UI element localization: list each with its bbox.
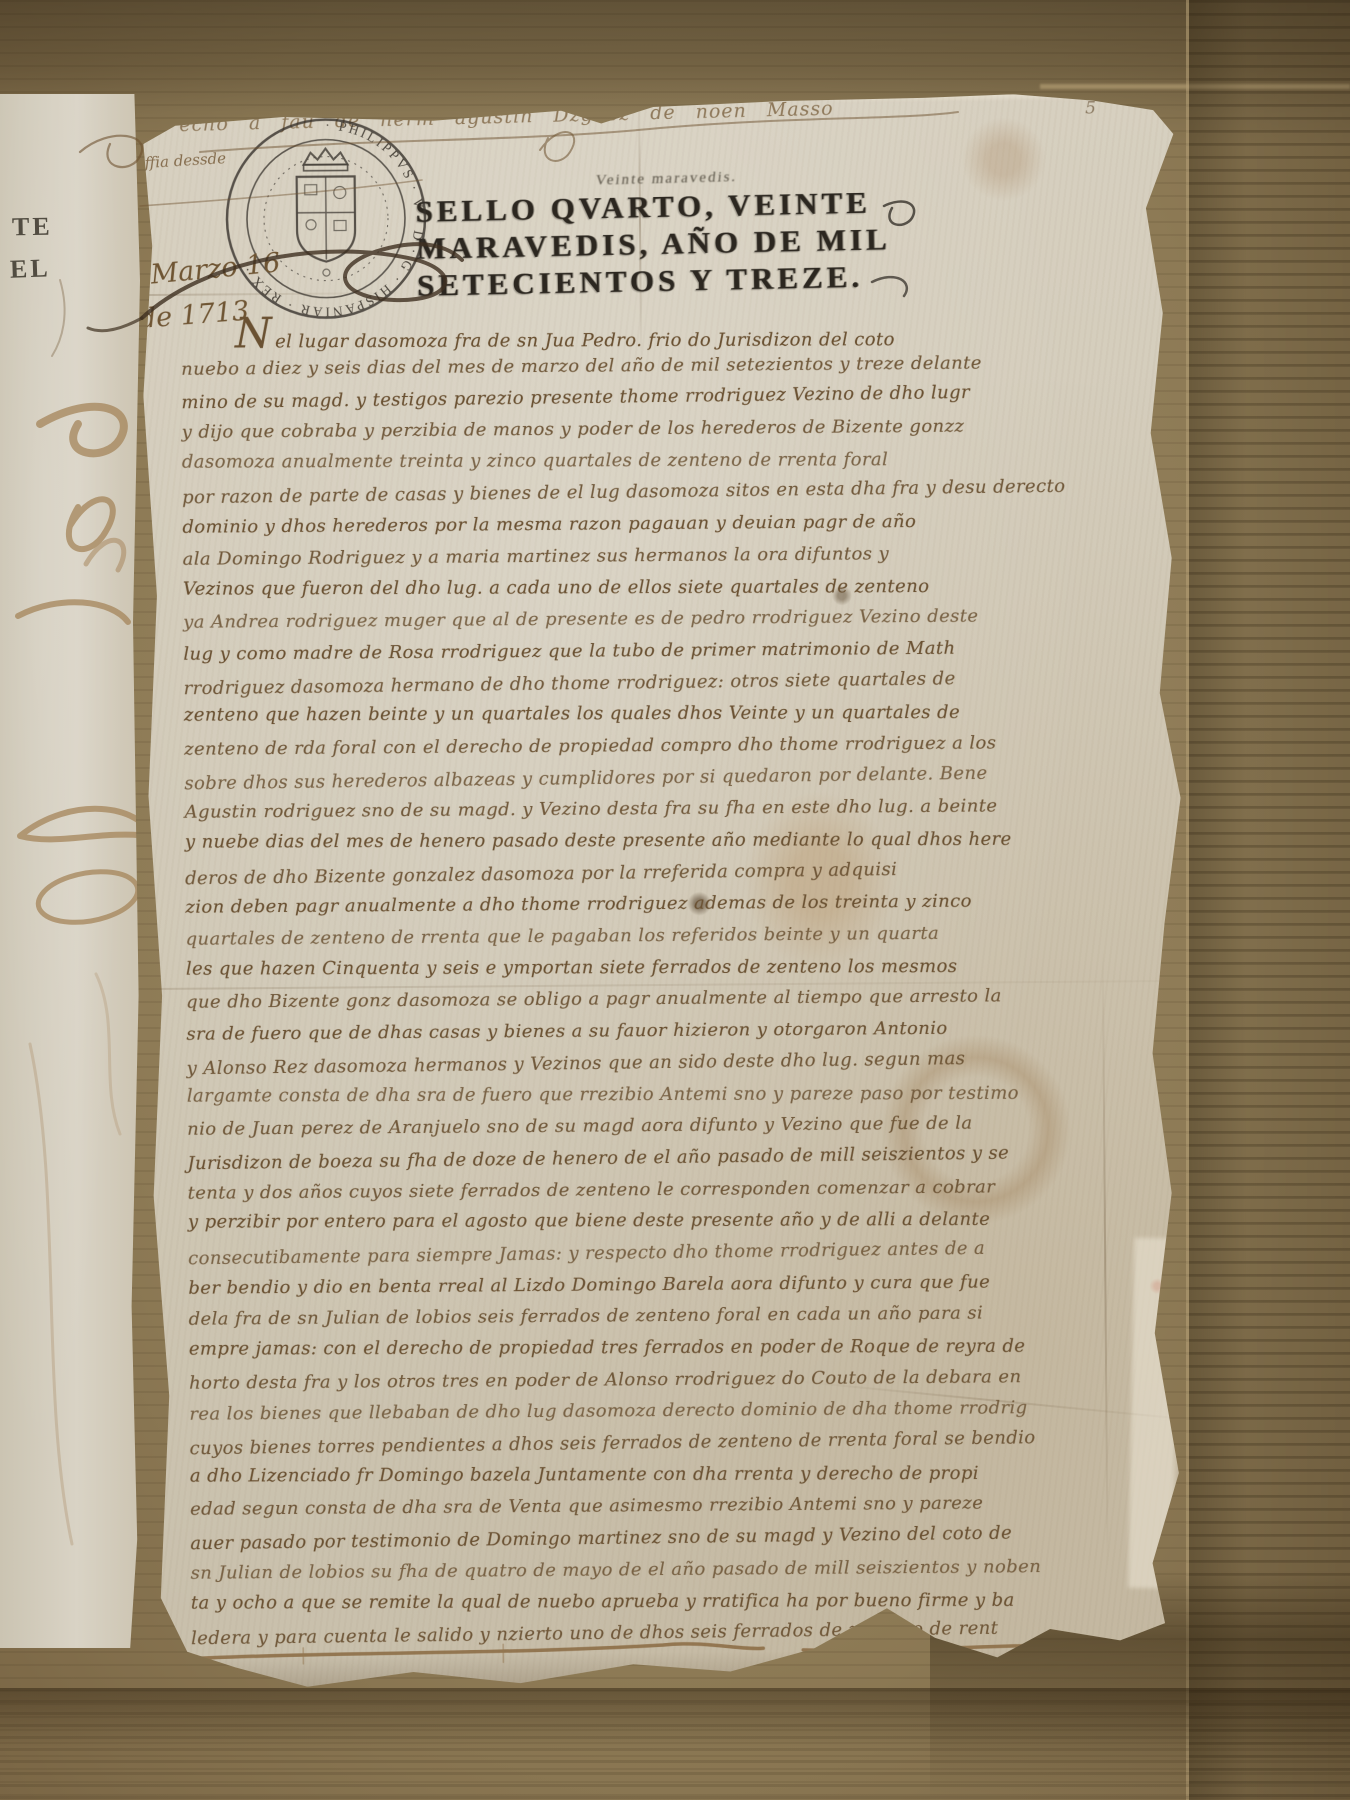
manuscript-page: echo a fau de herm agustin Dzguez de noe… — [133, 88, 1198, 1696]
left-page-ink-flourishes — [0, 94, 140, 1648]
folio-mark: 5 — [1085, 99, 1096, 119]
top-annotation-fragment: offia dessde — [135, 149, 226, 172]
manuscript-body: Nel lugar dasomoza fra de sn Jua Pedro. … — [181, 319, 1151, 1657]
manuscript-line: quartales de zenteno de rrenta que le pa… — [186, 921, 1146, 960]
photo-scene: TE EL echo a fau de herm agustin Dzguez … — [0, 0, 1350, 1800]
manuscript-line: ala Domingo Rodriguez y a maria martinez… — [183, 541, 1143, 580]
cardboard-bottom-strip — [0, 1688, 1350, 1800]
cardboard-right-flap — [1186, 0, 1350, 1800]
royal-seal: · PHILIPPVS · V · D · G · HISPANIAR · RE… — [219, 112, 433, 326]
manuscript-line: sn Julian de lobios su fha de quatro de … — [191, 1555, 1151, 1594]
seal-legend: · PHILIPPVS · V · D · G · HISPANIAR · RE… — [238, 117, 428, 321]
manuscript-line: y dijo que cobraba y perzibia de manos y… — [182, 414, 1142, 453]
printed-heading: SELLO QVARTO, VEINTE MARAVEDIS, AÑO DE M… — [415, 183, 892, 303]
left-page-edge: TE EL — [0, 94, 140, 1648]
svg-text:· PHILIPPVS · V · D · G · HISP: · PHILIPPVS · V · D · G · HISPANIAR · RE… — [238, 117, 428, 321]
